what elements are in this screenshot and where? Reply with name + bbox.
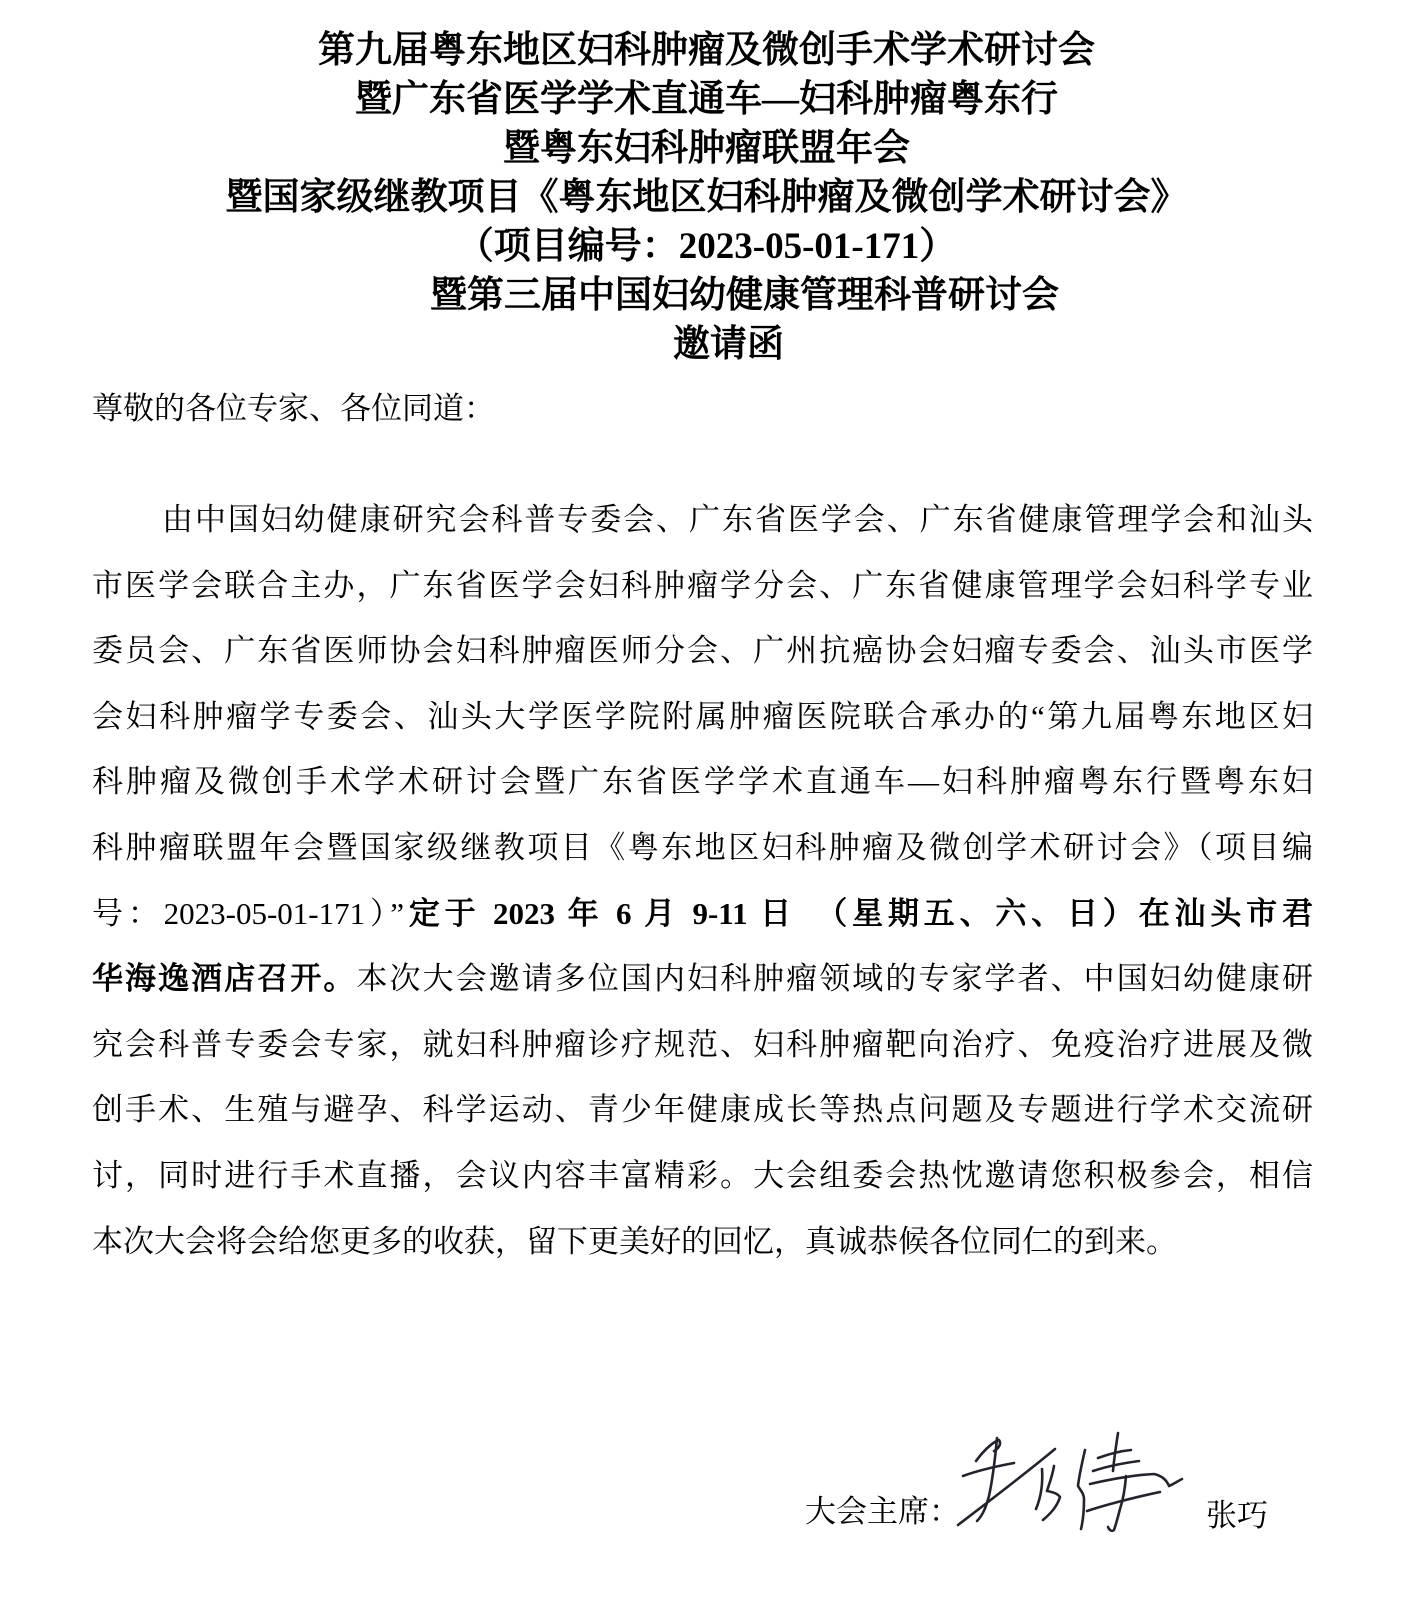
title-line-3: 暨粤东妇科肿瘤联盟年会 (0, 124, 1413, 173)
signature-block: 大会主席： 张巧 (805, 1398, 1325, 1583)
body-line: 由中国妇幼健康研究会科普专委会、广东省医学会、广东省健康管理学会和汕头 (92, 487, 1313, 553)
signature-strokes (958, 1433, 1182, 1531)
body-text-segment: 本次大会邀请多位国内妇科肿瘤领域的专家学者、中国妇幼健康研 (356, 961, 1313, 996)
body-line: 创手术、生殖与避孕、科学运动、青少年健康成长等热点问题及专题进行学术交流研 (92, 1077, 1313, 1143)
title-block: 第九届粤东地区妇科肿瘤及微创手术学术研讨会 暨广东省医学学术直通车—妇科肿瘤粤东… (0, 26, 1413, 369)
body-line: 科肿瘤联盟年会暨国家级继教项目《粤东地区妇科肿瘤及微创学术研讨会》（项目编 (92, 815, 1313, 881)
title-line-1: 第九届粤东地区妇科肿瘤及微创手术学术研讨会 (0, 26, 1413, 75)
body-text-segment-bold: 定于 2023 年 6 月 9-11 日 （星期五、六、日）在汕头市君 (404, 896, 1313, 931)
invitation-letter-page: 第九届粤东地区妇科肿瘤及微创手术学术研讨会 暨广东省医学学术直通车—妇科肿瘤粤东… (0, 0, 1413, 1600)
body-text-segment-bold: 华海逸酒店召开。 (92, 961, 356, 996)
body-line: 委员会、广东省医师协会妇科肿瘤医师分会、广州抗癌协会妇瘤专委会、汕头市医学 (92, 618, 1313, 684)
title-line-6: 暨第三届中国妇幼健康管理科普研讨会 (38, 271, 1413, 320)
body-line: 会妇科肿瘤学专委会、汕头大学医学院附属肿瘤医院联合承办的“第九届粤东地区妇 (92, 684, 1313, 750)
body-line: 科肿瘤及微创手术学术研讨会暨广东省医学学术直通车—妇科肿瘤粤东行暨粤东妇 (92, 749, 1313, 815)
body-line: 讨，同时进行手术直播，会议内容丰富精彩。大会组委会热忱邀请您积极参会，相信 (92, 1143, 1313, 1209)
signature-label: 大会主席： (805, 1486, 960, 1531)
title-line-project-number: （项目编号：2023-05-01-171） (0, 222, 1413, 271)
body-line: 本次大会将会给您更多的收获，留下更美好的回忆，真诚恭候各位同仁的到来。 (92, 1209, 1313, 1275)
salutation: 尊敬的各位专家、各位同道： (92, 392, 495, 426)
title-line-2: 暨广东省医学学术直通车—妇科肿瘤粤东行 (0, 75, 1413, 124)
body-line: 华海逸酒店召开。本次大会邀请多位国内妇科肿瘤领域的专家学者、中国妇幼健康研 (92, 946, 1313, 1012)
body-line: 号：2023-05-01-171）”定于 2023 年 6 月 9-11 日 （… (92, 881, 1313, 947)
body-text-segment: 号：2023-05-01-171）” (92, 896, 404, 931)
body-line: 究会科普专委会专家，就妇科肿瘤诊疗规范、妇科肿瘤靶向治疗、免疫治疗进展及微 (92, 1012, 1313, 1078)
body-paragraph: 由中国妇幼健康研究会科普专委会、广东省医学会、广东省健康管理学会和汕头 市医学会… (92, 487, 1313, 1274)
handwritten-signature (953, 1400, 1193, 1565)
co-signer-name: 张巧 (1206, 1490, 1268, 1535)
invitation-heading: 邀请函 (22, 320, 1413, 369)
body-line: 市医学会联合主办，广东省医学会妇科肿瘤学分会、广东省健康管理学会妇科学专业 (92, 553, 1313, 619)
title-line-4: 暨国家级继教项目《粤东地区妇科肿瘤及微创学术研讨会》 (0, 173, 1413, 222)
